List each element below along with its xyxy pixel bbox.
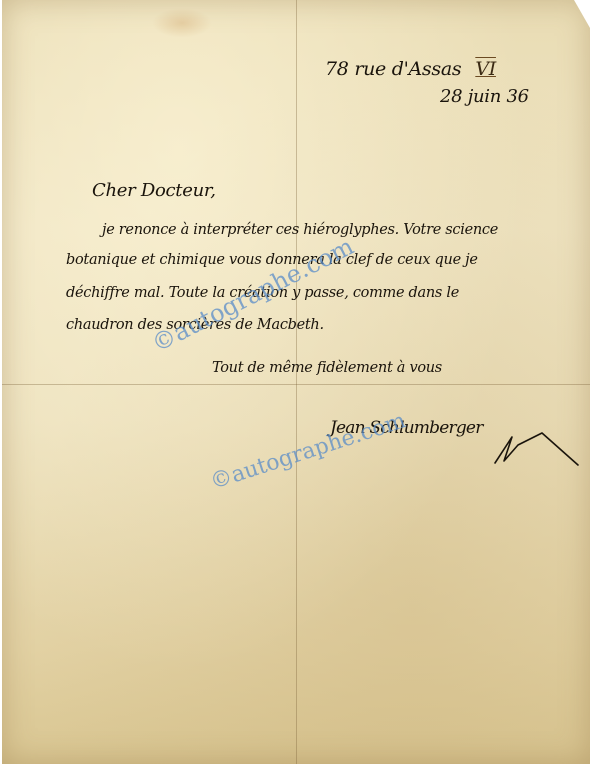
letter-sheet: [2, 0, 590, 764]
vertical-fold-line: [296, 0, 297, 764]
letter-salutation: Cher Docteur,: [92, 180, 216, 201]
letter-closing: Tout de même fidèlement à vous: [212, 360, 442, 376]
letter-date: 28 juin 36: [440, 86, 529, 107]
horizontal-fold-line: [2, 384, 590, 385]
address-street: 78 rue d'Assas: [325, 58, 461, 80]
paper-stain: [152, 8, 212, 38]
letter-address: 78 rue d'AssasVI: [325, 58, 496, 80]
letter-body-line: je renonce à interpréter ces hiéroglyphe…: [102, 222, 498, 238]
letter-body-line: botanique et chimique vous donnera la cl…: [66, 252, 478, 268]
address-arrondissement: VI: [475, 58, 496, 80]
signature-flourish-icon: [490, 425, 585, 470]
